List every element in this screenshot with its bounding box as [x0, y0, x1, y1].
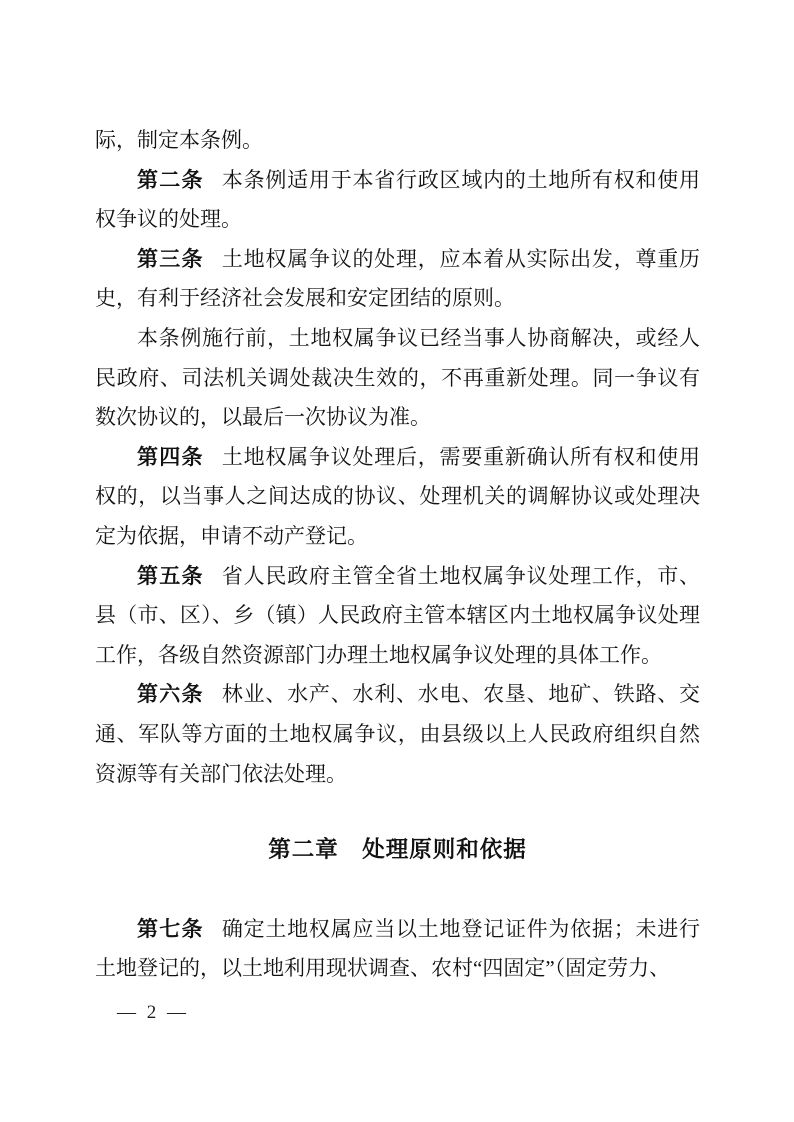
- paragraph: 第四条土地权属争议处理后，需要重新确认所有权和使用权的，以当事人之间达成的协议、…: [95, 438, 700, 557]
- article-number-label: 第二条: [137, 169, 204, 192]
- article-number-label: 第三条: [137, 248, 204, 271]
- article-number-label: 第六条: [137, 683, 204, 706]
- chapter-heading: 第二章 处理原则和依据: [95, 830, 700, 870]
- article-number-label: 第五条: [137, 565, 204, 588]
- paragraph-text: 本条例施行前，土地权属争议已经当事人协商解决，或经人民政府、司法机关调处裁决生效…: [95, 326, 700, 429]
- page-number: — 2 —: [117, 1000, 189, 1026]
- document-body: 际，制定本条例。 第二条本条例适用于本省行政区域内的土地所有权和使用权争议的处理…: [95, 121, 700, 989]
- article-number-label: 第七条: [137, 918, 204, 941]
- paragraph: 第三条土地权属争议的处理，应本着从实际出发，尊重历史，有利于经济社会发展和安定团…: [95, 240, 700, 319]
- paragraph: 第七条确定土地权属应当以土地登记证件为依据；未进行土地登记的，以土地利用现状调查…: [95, 910, 700, 989]
- paragraph: 本条例施行前，土地权属争议已经当事人协商解决，或经人民政府、司法机关调处裁决生效…: [95, 319, 700, 438]
- paragraph: 第六条林业、水产、水利、水电、农垦、地矿、铁路、交通、军队等方面的土地权属争议，…: [95, 675, 700, 794]
- paragraph: 第五条省人民政府主管全省土地权属争议处理工作，市、县（市、区）、乡（镇）人民政府…: [95, 557, 700, 676]
- article-number-label: 第四条: [137, 446, 204, 469]
- document-page: 际，制定本条例。 第二条本条例适用于本省行政区域内的土地所有权和使用权争议的处理…: [0, 0, 794, 1122]
- paragraph: 际，制定本条例。: [95, 121, 700, 161]
- paragraph-text: 际，制定本条例。: [95, 128, 263, 152]
- paragraph: 第二条本条例适用于本省行政区域内的土地所有权和使用权争议的处理。: [95, 161, 700, 240]
